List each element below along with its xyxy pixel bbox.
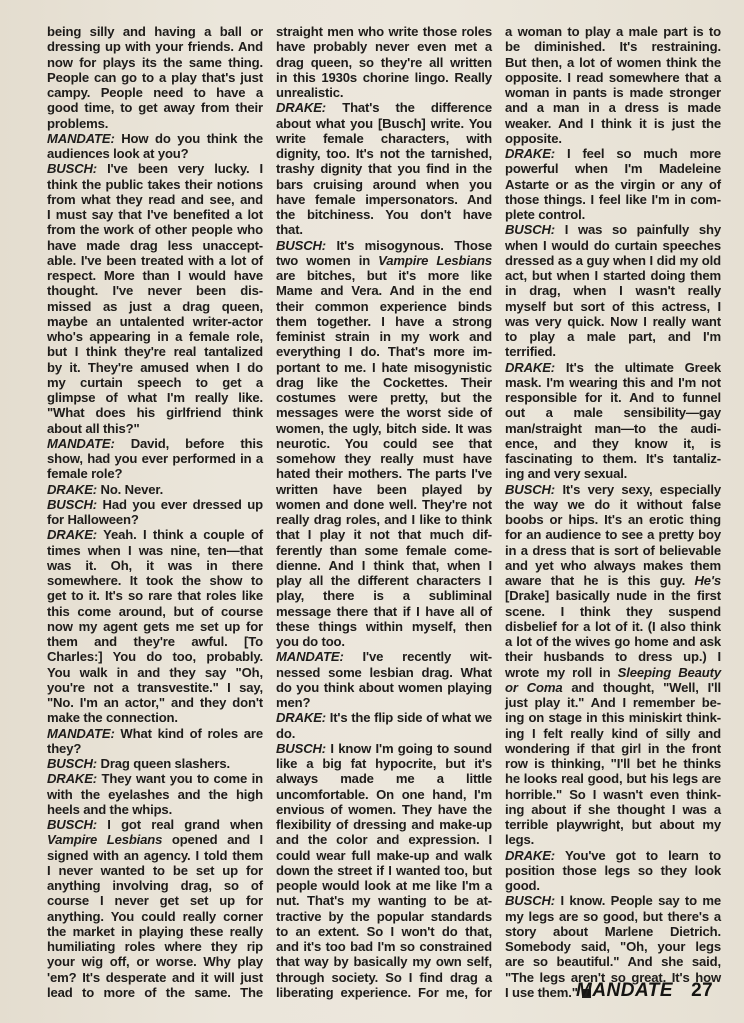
text-line: DRAKE: It's the flip side of what we xyxy=(276,710,492,725)
line-text: message there that if I have all of xyxy=(276,604,492,619)
text-line: now for plays its the same thing. xyxy=(47,55,263,70)
text-line: you do too. xyxy=(276,634,492,649)
text-line: he looks real good, but his legs are xyxy=(505,771,721,786)
line-text: ing on stage in this miniskirt think- xyxy=(505,710,721,725)
text-line: DRAKE: I feel so much more xyxy=(505,146,721,161)
text-line: them together. I have a strong xyxy=(276,314,492,329)
line-text: and yet who always makes them xyxy=(505,558,721,573)
text-line: in drag, when I wasn't really xyxy=(505,283,721,298)
text-line: BUSCH: I've been very lucky. I xyxy=(47,161,263,176)
speaker-label: DRAKE: xyxy=(47,527,97,542)
speaker-label: DRAKE: xyxy=(47,771,97,786)
text-line: You walk in and they say "Oh, xyxy=(47,665,263,680)
text-line: get to it. It's so rare that roles like xyxy=(47,588,263,603)
text-line: BUSCH: I know. People say to me xyxy=(505,893,721,908)
line-text: their common experience binds xyxy=(276,299,492,314)
line-text: I was so painfully shy xyxy=(555,222,721,237)
line-text: Charles:] You do too, probably. xyxy=(47,649,263,664)
line-text: through society. So I find drag a xyxy=(276,970,492,985)
line-text: liberating experience. For me, for xyxy=(276,985,492,1000)
text-line: could wear full make-up and walk xyxy=(276,848,492,863)
line-text: envious of women. They have the xyxy=(276,802,492,817)
line-text: 'em? It's desperate and it will just xyxy=(47,970,263,985)
line-text: for an audience to see a pretty boy xyxy=(505,527,721,542)
text-line: have made drag less unaccept- xyxy=(47,238,263,253)
line-text: lead to more of the same. The xyxy=(47,985,263,1000)
text-line: from what they read and see, and xyxy=(47,192,263,207)
line-text: nessed some lesbian drag. What xyxy=(276,665,492,680)
line-text: was very quick. Now I really want xyxy=(505,314,721,329)
speaker-label: DRAKE: xyxy=(505,848,555,863)
line-text: What kind of roles are xyxy=(115,726,263,741)
text-line: from the work of other people who xyxy=(47,222,263,237)
line-text: a woman to play a male part is to xyxy=(505,24,721,39)
line-text: unrealistic. xyxy=(276,85,343,100)
line-text: two women in xyxy=(276,253,378,268)
text-line: thought. I've never been dis- xyxy=(47,283,263,298)
line-text: really drag roles, and I like to think xyxy=(276,512,492,527)
magazine-page: being silly and having a ball ordressing… xyxy=(0,0,744,1023)
text-line: show, had you ever performed in a xyxy=(47,451,263,466)
line-text: It's the flip side of what we xyxy=(326,710,492,725)
line-text: somehow they really must have xyxy=(276,451,492,466)
text-line: have probably never even met a xyxy=(276,39,492,54)
text-line: about all this?" xyxy=(47,421,263,436)
speaker-label: MANDATE: xyxy=(47,726,115,741)
line-text: How do you think the xyxy=(115,131,263,146)
text-line: a woman to play a male part is to xyxy=(505,24,721,39)
line-text: to play a male part, and I'm xyxy=(505,329,721,344)
text-line: ferently than some female come- xyxy=(276,543,492,558)
text-line: good. xyxy=(505,878,721,893)
text-line: mask. I'm wearing this and I'm not xyxy=(505,375,721,390)
line-text: ing and very sexual. xyxy=(505,466,627,481)
line-text: ferently than some female come- xyxy=(276,543,492,558)
line-text: act, but when I started doing them xyxy=(505,268,721,283)
text-line: everything I do. That's more im- xyxy=(276,344,492,359)
line-text: anything involving drag, so of xyxy=(47,878,263,893)
text-line: unrealistic. xyxy=(276,85,492,100)
text-line: make the connection. xyxy=(47,710,263,725)
text-line: envious of women. They have the xyxy=(276,802,492,817)
text-line: aware that he is this guy. He's xyxy=(505,573,721,588)
text-line: MANDATE: What kind of roles are xyxy=(47,726,263,741)
text-line: heels and the whips. xyxy=(47,802,263,817)
text-line: down the street if I wanted too, but xyxy=(276,863,492,878)
line-text: I've recently wit- xyxy=(344,649,492,664)
speaker-label: DRAKE: xyxy=(505,146,555,161)
line-text: out a male sensibility—gay xyxy=(505,405,721,420)
page-footer: MANDATE27 xyxy=(576,980,713,1002)
line-text: Mame and Vera. And in the end xyxy=(276,283,492,298)
text-line: when I would do curtain speeches xyxy=(505,238,721,253)
line-text: audiences look at you? xyxy=(47,146,189,161)
line-text: But then, a lot of women think the xyxy=(505,55,721,70)
line-text: portant to me. I hate misogynistic xyxy=(276,360,492,375)
line-text: I use them." xyxy=(505,985,578,1000)
line-text: thought. I've never been dis- xyxy=(47,283,263,298)
text-line: messages were the worst side of xyxy=(276,405,492,420)
text-line: MANDATE: How do you think the xyxy=(47,131,263,146)
text-line: women and done well. They're not xyxy=(276,497,492,512)
text-line: legs. xyxy=(505,832,721,847)
text-line: glimpse of what I'm really like. xyxy=(47,390,263,405)
line-text: write female characters, with xyxy=(276,131,492,146)
line-text: Astarte or as the virgin or any of xyxy=(505,177,721,192)
text-line: opposite. I read somewhere that a xyxy=(505,70,721,85)
line-text: campy. People need to have a xyxy=(47,85,263,100)
page-number: 27 xyxy=(691,980,713,1001)
text-line: MANDATE: David, before this xyxy=(47,436,263,451)
speaker-label: BUSCH: xyxy=(47,161,97,176)
speaker-label: BUSCH: xyxy=(505,893,555,908)
text-line: liberating experience. For me, for xyxy=(276,985,492,1000)
line-text: men? xyxy=(276,695,310,710)
line-text: are so beautiful." And she said, xyxy=(505,954,721,969)
line-text: neurotic. You could see that xyxy=(276,436,492,451)
text-line: BUSCH: Had you ever dressed up xyxy=(47,497,263,512)
speaker-label: BUSCH: xyxy=(505,482,555,497)
text-line: write female characters, with xyxy=(276,131,492,146)
text-line: trashy dignity that you find in the xyxy=(276,161,492,176)
line-text: It's the ultimate Greek xyxy=(555,360,721,375)
line-text: these things within myself, then xyxy=(276,619,492,634)
text-line: my curtain speech to get a xyxy=(47,375,263,390)
text-line: act, but when I started doing them xyxy=(505,268,721,283)
line-text: dignity, too. It's not the tarnished, xyxy=(276,146,492,161)
line-text: trashy dignity that you find in the xyxy=(276,161,492,176)
speaker-label: BUSCH: xyxy=(276,238,326,253)
line-text: ing I felt really kind of silly and xyxy=(505,726,721,741)
line-text: wondering if that girl in the front xyxy=(505,741,721,756)
speaker-label: DRAKE: xyxy=(505,360,555,375)
line-text: good time, to get away from their xyxy=(47,100,263,115)
line-text: women and done well. They're not xyxy=(276,497,492,512)
line-text: could wear full make-up and walk xyxy=(276,848,492,863)
line-text: flexibility of dressing and make-up xyxy=(276,817,492,832)
text-line: think the public takes their notions xyxy=(47,177,263,192)
line-text: legs. xyxy=(505,832,534,847)
text-line: humiliating roles where they rip xyxy=(47,939,263,954)
line-text: do. xyxy=(276,726,295,741)
line-text: play all the different characters I xyxy=(276,573,492,588)
line-text: Had you ever dressed up xyxy=(97,497,263,512)
line-text: messages were the worst side of xyxy=(276,405,492,420)
text-line: and it's too bad I'm so constrained xyxy=(276,939,492,954)
speaker-label: BUSCH: xyxy=(47,756,97,771)
line-text: heels and the whips. xyxy=(47,802,172,817)
line-text: weaker. And I think it is just the xyxy=(505,116,721,131)
text-line: DRAKE: It's the ultimate Greek xyxy=(505,360,721,375)
line-text: I must say that I've benefited a lot xyxy=(47,207,263,222)
text-line: out a male sensibility—gay xyxy=(505,405,721,420)
text-line: DRAKE: You've got to learn to xyxy=(505,848,721,863)
title-italic: Vampire Lesbians xyxy=(47,832,162,847)
text-line: "No. I'm an actor," and they don't xyxy=(47,695,263,710)
text-line: a lot of the wives go home and ask xyxy=(505,634,721,649)
line-text: bars cruising around when you xyxy=(276,177,492,192)
text-line: message there that if I have all of xyxy=(276,604,492,619)
text-line: powerful when I'm Madeleine xyxy=(505,161,721,176)
line-text: this come around, but of course xyxy=(47,604,263,619)
text-line: nessed some lesbian drag. What xyxy=(276,665,492,680)
line-text: about what you [Busch] write. You xyxy=(276,116,492,131)
text-line: BUSCH: It's misogynous. Those xyxy=(276,238,492,253)
speaker-label: BUSCH: xyxy=(276,741,326,756)
line-text: make the connection. xyxy=(47,710,178,725)
text-line: nut. That's my wanting to be at- xyxy=(276,893,492,908)
text-line: straight men who write those roles xyxy=(276,24,492,39)
text-line: bars cruising around when you xyxy=(276,177,492,192)
line-text: they? xyxy=(47,741,81,756)
text-line: maybe an untalented writer-actor xyxy=(47,314,263,329)
text-line: now my agent gets me set up for xyxy=(47,619,263,634)
line-text: drag queen, so they're all written xyxy=(276,55,492,70)
text-line: I never wanted to be set up for xyxy=(47,863,263,878)
text-line: written have been played by xyxy=(276,482,492,497)
text-line: BUSCH: I was so painfully shy xyxy=(505,222,721,237)
text-line: DRAKE: They want you to come in xyxy=(47,771,263,786)
line-text: being silly and having a ball or xyxy=(47,24,263,39)
text-line: I must say that I've benefited a lot xyxy=(47,207,263,222)
line-text: with the eyelashes and the high xyxy=(47,787,263,802)
line-text: humiliating roles where they rip xyxy=(47,939,263,954)
line-text: ing about if she thought I was a xyxy=(505,802,721,817)
text-line: but I think they're real tantalized xyxy=(47,344,263,359)
text-line: about what you [Busch] write. You xyxy=(276,116,492,131)
text-line: problems. xyxy=(47,116,263,131)
text-line: for Halloween? xyxy=(47,512,263,527)
line-text: everything I do. That's more im- xyxy=(276,344,492,359)
text-line: for an audience to see a pretty boy xyxy=(505,527,721,542)
line-text: I feel so much more xyxy=(555,146,721,161)
line-text: written have been played by xyxy=(276,482,492,497)
line-text: powerful when I'm Madeleine xyxy=(505,161,721,176)
line-text: feminist strain in my work and xyxy=(276,329,492,344)
text-line: feminist strain in my work and xyxy=(276,329,492,344)
text-line: Somebody said, "Oh, your legs xyxy=(505,939,721,954)
text-line: drag queen, so they're all written xyxy=(276,55,492,70)
line-text: "No. I'm an actor," and they don't xyxy=(47,695,263,710)
text-line: responsible for it. And to funnel xyxy=(505,390,721,405)
text-line: your wig off, or worse. Why play xyxy=(47,954,263,969)
text-line: with the eyelashes and the high xyxy=(47,787,263,802)
line-text: a lot of the wives go home and ask xyxy=(505,634,721,649)
line-text: It's very sexy, especially xyxy=(555,482,721,497)
text-line: row is thinking, "I'll bet he thinks xyxy=(505,756,721,771)
line-text: straight men who write those roles xyxy=(276,24,492,39)
speaker-label: MANDATE: xyxy=(47,436,115,451)
text-line: you're not a transvestite." I say, xyxy=(47,680,263,695)
line-text: when I would do curtain speeches xyxy=(505,238,721,253)
title-italic: Sleeping Beauty xyxy=(618,665,721,680)
text-line: be diminished. It's restraining. xyxy=(505,39,721,54)
text-line: ence, and they know it, is xyxy=(505,436,721,451)
text-line: horrible." So I wasn't even think- xyxy=(505,787,721,802)
text-line: that I play it not that much dif- xyxy=(276,527,492,542)
line-text: now my agent gets me set up for xyxy=(47,619,263,634)
line-text: disbelief for a lot of it. (I also think xyxy=(505,619,721,634)
text-line: plete control. xyxy=(505,207,721,222)
text-line: portant to me. I hate misogynistic xyxy=(276,360,492,375)
text-line: man/straight man—to the audi- xyxy=(505,421,721,436)
speaker-label: DRAKE: xyxy=(47,482,97,497)
line-text: drag like the Cockettes. Their xyxy=(276,375,492,390)
line-text: like a big fat hypocrite, but it's xyxy=(276,756,492,771)
line-text: responsible for it. And to funnel xyxy=(505,390,721,405)
line-text: I know I'm going to sound xyxy=(326,741,492,756)
text-line: respect. More than I would have xyxy=(47,268,263,283)
line-text: horrible." So I wasn't even think- xyxy=(505,787,721,802)
text-line: was very quick. Now I really want xyxy=(505,314,721,329)
line-text: the way we do it without false xyxy=(505,497,721,512)
line-text: and thought, "Well, I'll xyxy=(562,680,721,695)
text-line: play, there is a subliminal xyxy=(276,588,492,603)
line-text: woman in pants is made stronger xyxy=(505,85,721,100)
text-line: neurotic. You could see that xyxy=(276,436,492,451)
line-text: by it. They're amused when I do xyxy=(47,360,263,375)
text-line: the way we do it without false xyxy=(505,497,721,512)
text-line: audiences look at you? xyxy=(47,146,263,161)
line-text: just play it." And I remember be- xyxy=(505,695,721,710)
text-line: this come around, but of course xyxy=(47,604,263,619)
text-line: men? xyxy=(276,695,492,710)
line-text: people would look at me like I'm a xyxy=(276,878,492,893)
text-line: hated their mothers. The parts I've xyxy=(276,466,492,481)
text-line: their common experience binds xyxy=(276,299,492,314)
text-line: signed with an agency. I told them xyxy=(47,848,263,863)
text-line: and a man in a dress is made xyxy=(505,100,721,115)
line-text: you're not a transvestite." I say, xyxy=(47,680,263,695)
text-line: to an extent. So I won't do that, xyxy=(276,924,492,939)
line-text: from the work of other people who xyxy=(47,222,263,237)
text-line: wrote my roll in Sleeping Beauty xyxy=(505,665,721,680)
line-text: boobs or hips. It's an erotic thing xyxy=(505,512,721,527)
line-text: in a dress that is sort of believable xyxy=(505,543,721,558)
text-line: uncomfortable. On one hand, I'm xyxy=(276,787,492,802)
text-line: somewhere. It took the show to xyxy=(47,573,263,588)
line-text: position those legs so they look xyxy=(505,863,721,878)
line-text: the bitchiness. You don't have xyxy=(276,207,492,222)
line-text: them together. I have a strong xyxy=(276,314,492,329)
text-line: dignity, too. It's not the tarnished, xyxy=(276,146,492,161)
line-text: from what they read and see, and xyxy=(47,192,263,207)
line-text: glimpse of what I'm really like. xyxy=(47,390,263,405)
line-text: was it. Oh, it was in there xyxy=(47,558,263,573)
text-line: terrible playwright, but about my xyxy=(505,817,721,832)
line-text: have probably never even met a xyxy=(276,39,492,54)
text-line: have female impersonators. And xyxy=(276,192,492,207)
text-line: BUSCH: I know I'm going to sound xyxy=(276,741,492,756)
text-line: these things within myself, then xyxy=(276,619,492,634)
line-text: be diminished. It's restraining. xyxy=(505,39,721,54)
line-text: wrote my roll in xyxy=(505,665,618,680)
text-line: [Drake] basically nude in the first xyxy=(505,588,721,603)
text-line: ing about if she thought I was a xyxy=(505,802,721,817)
magazine-name: MANDATE xyxy=(576,980,673,1001)
line-text: No. Never. xyxy=(97,482,163,497)
line-text: opposite. I read somewhere that a xyxy=(505,70,721,85)
text-line: flexibility of dressing and make-up xyxy=(276,817,492,832)
text-line: tractive by the popular standards xyxy=(276,909,492,924)
text-line: to play a male part, and I'm xyxy=(505,329,721,344)
line-text: I never wanted to be set up for xyxy=(47,863,263,878)
line-text: who's appearing in a female role, xyxy=(47,329,263,344)
text-line: their husbands to dress up.) I xyxy=(505,649,721,664)
line-text: have made drag less unaccept- xyxy=(47,238,263,253)
text-line: in this 1930s chorine lingo. Really xyxy=(276,70,492,85)
text-line: ing and very sexual. xyxy=(505,466,721,481)
line-text: People can go to a play that's just xyxy=(47,70,263,85)
line-text: opened and I xyxy=(162,832,263,847)
line-text: terrible playwright, but about my xyxy=(505,817,721,832)
speaker-label: MANDATE: xyxy=(47,131,115,146)
line-text: man/straight man—to the audi- xyxy=(505,421,721,436)
text-line: story about Marlene Dietrich. xyxy=(505,924,721,939)
text-line: myself but sort of this actress, I xyxy=(505,299,721,314)
line-text: maybe an untalented writer-actor xyxy=(47,314,263,329)
line-text: and a man in a dress is made xyxy=(505,100,721,115)
line-text: scene. I think they suspend xyxy=(505,604,721,619)
text-column-1: being silly and having a ball ordressing… xyxy=(47,24,263,1000)
line-text: play, there is a subliminal xyxy=(276,588,492,603)
text-line: those things. I feel like I'm in com- xyxy=(505,192,721,207)
line-text: now for plays its the same thing. xyxy=(47,55,263,70)
text-line: two women in Vampire Lesbians xyxy=(276,253,492,268)
line-text: You've got to learn to xyxy=(555,848,721,863)
text-line: boobs or hips. It's an erotic thing xyxy=(505,512,721,527)
text-line: ing on stage in this miniskirt think- xyxy=(505,710,721,725)
line-text: I've been very lucky. I xyxy=(97,161,263,176)
text-line: through society. So I find drag a xyxy=(276,970,492,985)
line-text: their husbands to dress up.) I xyxy=(505,649,721,664)
line-text: terrified. xyxy=(505,344,556,359)
text-line: always made me a little xyxy=(276,771,492,786)
line-text: my curtain speech to get a xyxy=(47,375,263,390)
line-text: Somebody said, "Oh, your legs xyxy=(505,939,721,954)
line-text: costumes were pretty, but the xyxy=(276,390,492,405)
line-text: opposite. xyxy=(505,131,562,146)
text-line: BUSCH: Drag queen slashers. xyxy=(47,756,263,771)
text-line: who's appearing in a female role, xyxy=(47,329,263,344)
text-line: really drag roles, and I like to think xyxy=(276,512,492,527)
text-line: People can go to a play that's just xyxy=(47,70,263,85)
line-text: and the color and expression. I xyxy=(276,832,492,847)
line-text: he looks real good, but his legs are xyxy=(505,771,721,786)
line-text: They want you to come in xyxy=(97,771,263,786)
line-text: myself but sort of this actress, I xyxy=(505,299,721,314)
line-text: ence, and they know it, is xyxy=(505,436,721,451)
title-italic: or Coma xyxy=(505,680,562,695)
text-line: lead to more of the same. The xyxy=(47,985,263,1000)
text-line: 'em? It's desperate and it will just xyxy=(47,970,263,985)
text-line: people would look at me like I'm a xyxy=(276,878,492,893)
line-text: dienne. And I think that, when I xyxy=(276,558,492,573)
line-text: my legs are so good, but there's a xyxy=(505,909,721,924)
text-line: anything involving drag, so of xyxy=(47,878,263,893)
line-text: times when I was nine, ten—that xyxy=(47,543,263,558)
text-line: are bitches, but it's more like xyxy=(276,268,492,283)
text-line: do you think about women playing xyxy=(276,680,492,695)
line-text: that. xyxy=(276,222,303,237)
text-line: Astarte or as the virgin or any of xyxy=(505,177,721,192)
text-line: dressing up with your friends. And xyxy=(47,39,263,54)
line-text: [Drake] basically nude in the first xyxy=(505,588,721,603)
text-line: female role? xyxy=(47,466,263,481)
line-text: I got real grand when xyxy=(97,817,263,832)
text-line: DRAKE: No. Never. xyxy=(47,482,263,497)
text-line: "What does his girlfriend think xyxy=(47,405,263,420)
